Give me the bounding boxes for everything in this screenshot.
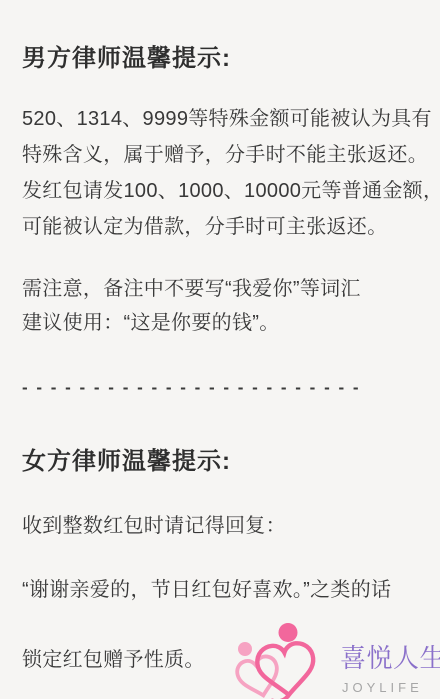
male-paragraph-remark: 需注意，备注中不要写“我爱你”等词汇 建议使用：“这是你要的钱”。 bbox=[22, 272, 434, 340]
male-paragraph-amounts: 520、1314、9999等特殊金额可能被认为具有 特殊含义，属于赠予，分手时不… bbox=[22, 101, 434, 245]
text-line: 可能被认定为借款，分手时可主张返还。 bbox=[22, 209, 434, 245]
big-head-dot bbox=[279, 623, 298, 642]
document-page: 男方律师温馨提示: 520、1314、9999等特殊金额可能被认为具有 特殊含义… bbox=[0, 0, 440, 699]
brand-name-english: JOYLIFE bbox=[340, 680, 440, 695]
female-paragraph-reply: 收到整数红包时请记得回复： bbox=[22, 508, 434, 544]
text-line: 建议使用：“这是你要的钱”。 bbox=[22, 306, 434, 340]
big-heart-outline bbox=[256, 642, 317, 698]
text-line: 520、1314、9999等特殊金额可能被认为具有 bbox=[22, 101, 434, 137]
small-head-dot bbox=[238, 642, 252, 656]
joylife-logo: 喜悦人生 JOYLIFE bbox=[228, 620, 440, 699]
brand-text: 喜悦人生 JOYLIFE bbox=[340, 620, 440, 695]
double-hearts-icon bbox=[228, 620, 340, 699]
male-lawyer-title: 男方律师温馨提示: bbox=[22, 38, 434, 73]
female-lawyer-title: 女方律师温馨提示: bbox=[22, 441, 434, 476]
heart-tail-flourish bbox=[272, 695, 289, 699]
text-line: 需注意，备注中不要写“我爱你”等词汇 bbox=[22, 272, 434, 306]
female-paragraph-quote: “谢谢亲爱的，节日红包好喜欢。”之类的话 bbox=[22, 572, 434, 608]
text-line: 特殊含义，属于赠予，分手时不能主张返还。 bbox=[22, 137, 434, 173]
brand-name-chinese: 喜悦人生 bbox=[340, 638, 440, 675]
text-line: 发红包请发100、1000、10000元等普通金额， bbox=[22, 173, 434, 209]
dashed-divider: - - - - - - - - - - - - - - - - - - - - … bbox=[22, 378, 360, 398]
